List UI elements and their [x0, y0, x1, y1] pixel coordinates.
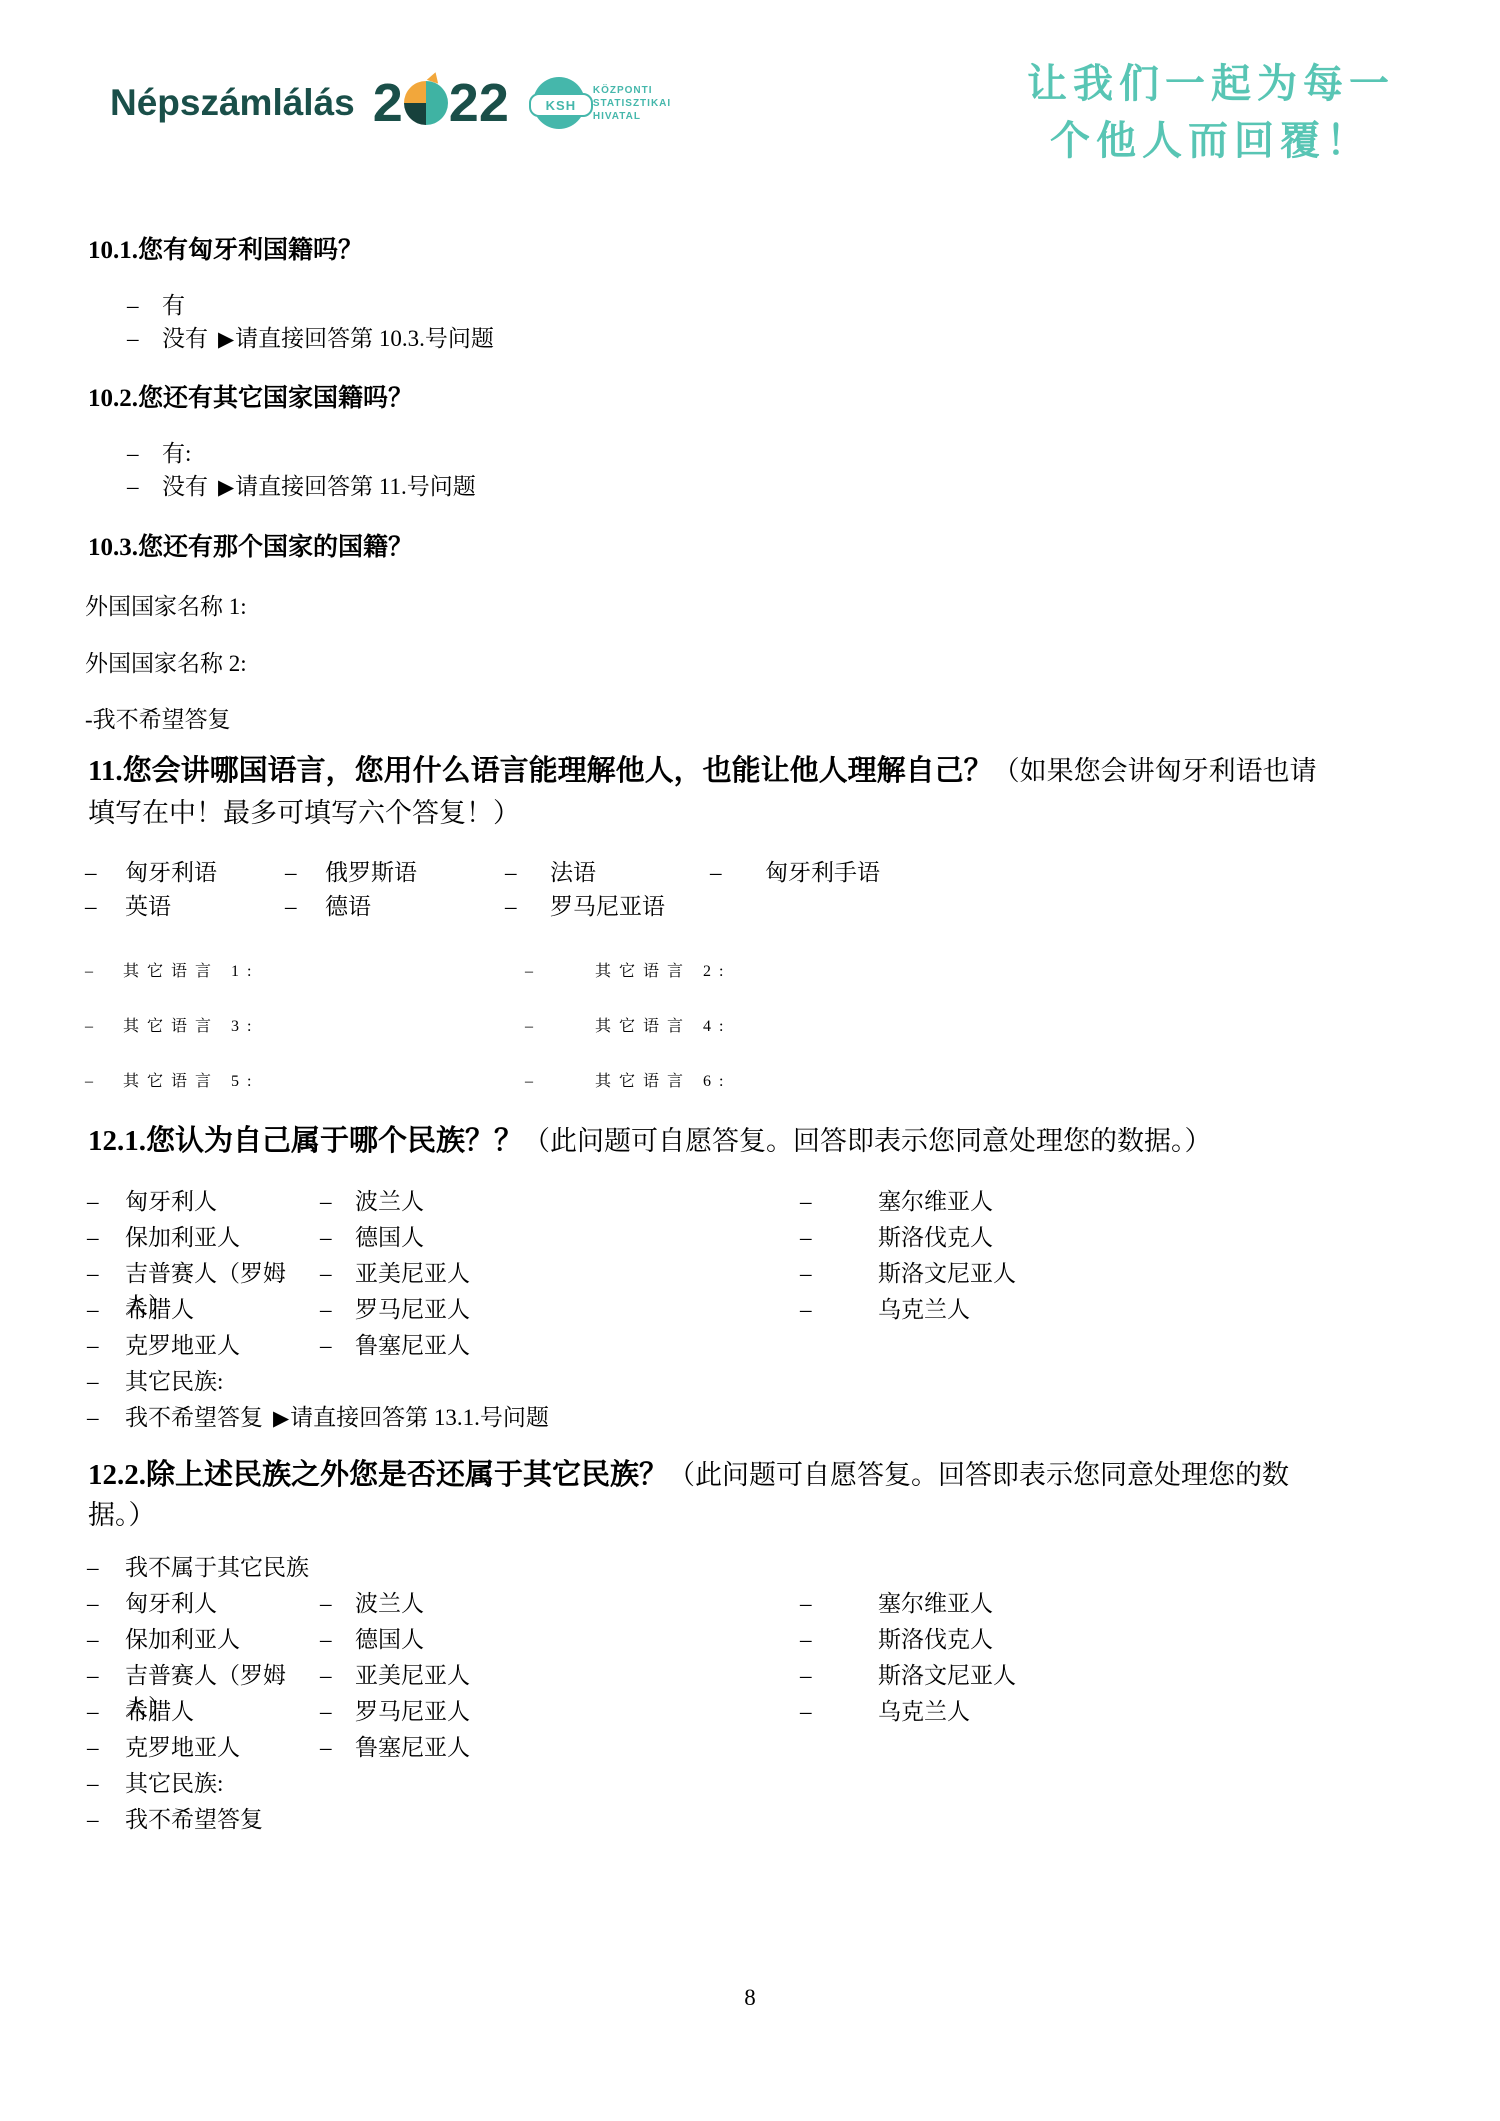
ethnicity-options-12-1: –匈牙利人 –波兰人 –塞尔维亚人 –保加利亚人 –德国人 –斯洛伐克人 –吉普…: [87, 1186, 1016, 1438]
option-dash: –: [87, 1768, 125, 1804]
ethnicity-option: 希腊人: [125, 1696, 320, 1732]
option-dash: –: [87, 1402, 125, 1438]
option-label: 没有: [162, 322, 208, 355]
option-dash: –: [525, 957, 595, 987]
question-text: 11.您会讲哪国语言，您用什么语言能理解他人，也能让他人理解自己？: [88, 755, 993, 787]
ethnicity-option: 德国人: [355, 1624, 800, 1660]
ethnicity-option: 斯洛伐克人: [878, 1624, 1016, 1660]
campaign-slogan: 让我们一起为每一 个他人而回覆！: [1027, 56, 1395, 170]
ethnicity-option: 德国人: [355, 1222, 800, 1258]
ksh-line-1: KÖZPONTI: [593, 84, 671, 97]
ethnicity-option: 塞尔维亚人: [878, 1588, 1016, 1624]
option-dash: –: [800, 1186, 878, 1222]
ethnicity-option: 匈牙利人: [125, 1588, 320, 1624]
ethnicity-row: – 我不希望答复 ▶ 请直接回答第 13.1.号问题: [87, 1402, 1016, 1438]
option-dash: –: [320, 1222, 355, 1258]
other-language-field: 其它语言 5:: [123, 1067, 525, 1097]
option-label: 没有: [162, 470, 208, 503]
ethnicity-row: – 我不属于其它民族: [87, 1552, 1016, 1588]
ethnicity-option: 克罗地亚人: [125, 1330, 320, 1366]
ethnicity-option: 斯洛伐克人: [878, 1222, 1016, 1258]
other-ethnicity-field: 其它民族:: [125, 1366, 1016, 1402]
language-options: – 匈牙利语 – 俄罗斯语 – 法语 – 匈牙利手语 – 英语 – 德语 – 罗…: [85, 856, 880, 924]
question-title-11: 11.您会讲哪国语言，您用什么语言能理解他人，也能让他人理解自己？（如果您会讲匈…: [88, 750, 1328, 834]
language-option: 德语: [325, 890, 505, 924]
question-note: （此问题可自愿答复。回答即表示您同意处理您的数据。）: [523, 1126, 1212, 1156]
census-year: 2 22: [373, 76, 509, 130]
option-dash: –: [320, 1186, 355, 1222]
option-dash: –: [85, 890, 125, 924]
ethnicity-option: 希腊人: [125, 1294, 320, 1330]
ethnicity-option: 鲁塞尼亚人: [355, 1330, 800, 1366]
ethnicity-option: 罗马尼亚人: [355, 1294, 800, 1330]
ksh-emblem-icon: KSH: [533, 77, 585, 129]
option-dash: –: [320, 1624, 355, 1660]
skip-arrow-icon: ▶: [218, 323, 234, 356]
option-dash: –: [505, 890, 550, 924]
skip-note: 请直接回答第 13.1.号问题: [290, 1402, 549, 1434]
option-dash: –: [285, 890, 325, 924]
question-text: 12.2.除上述民族之外您是否还属于其它民族？: [88, 1459, 668, 1491]
year-digit-2: 2: [373, 76, 403, 130]
slogan-line-1: 让我们一起为每一: [1027, 56, 1395, 113]
no-other-ethnicity-option: 我不属于其它民族: [125, 1552, 1016, 1588]
foreign-country-field-1: 外国国家名称 1:: [85, 588, 247, 621]
question-text: 12.1.您认为自己属于哪个民族？？: [88, 1125, 523, 1157]
option-dash: –: [525, 1012, 595, 1042]
ethnicity-row: – 其它民族:: [87, 1366, 1016, 1402]
question-title-10-3: 10.3.您还有那个国家的国籍？: [88, 527, 413, 563]
question-title-10-2: 10.2.您还有其它国家国籍吗？: [88, 378, 413, 414]
decline-answer-option: 我不希望答复: [125, 1402, 263, 1434]
option-label: 有: [162, 289, 185, 322]
option-dash: –: [87, 1330, 125, 1366]
pie-chart-zero-icon: [404, 81, 448, 125]
ethnicity-row: –吉普赛人（罗姆人） –亚美尼亚人 –斯洛文尼亚人: [87, 1660, 1016, 1696]
ethnicity-row: –克罗地亚人 –鲁塞尼亚人: [87, 1330, 1016, 1366]
option-dash: –: [505, 856, 550, 890]
language-option: 法语: [550, 856, 710, 890]
option-dash: –: [85, 1067, 123, 1097]
ethnicity-row: – 其它民族:: [87, 1768, 1016, 1804]
option-dash: –: [87, 1804, 125, 1840]
decline-answer-option: 我不希望答复: [125, 1804, 1016, 1840]
option-dash: –: [320, 1696, 355, 1732]
option-row: – 有: [127, 289, 494, 322]
other-language-field: 其它语言 3:: [123, 1012, 525, 1042]
slogan-line-2: 个他人而回覆！: [1027, 113, 1395, 170]
language-option: 罗马尼亚语: [550, 890, 710, 924]
year-digits-22: 22: [449, 76, 509, 130]
q10-2-options: – 有: – 没有 ▶ 请直接回答第 11.号问题: [127, 437, 476, 504]
census-brand-text: Népszámlálás: [110, 82, 355, 124]
ethnicity-row: –保加利亚人 –德国人 –斯洛伐克人: [87, 1222, 1016, 1258]
census-logo: Népszámlálás 2 22 KSH KÖZPONTI STATISZTI…: [110, 76, 671, 130]
language-row: – 英语 – 德语 – 罗马尼亚语: [85, 890, 880, 924]
other-language-field: 其它语言 6:: [595, 1067, 731, 1097]
option-label: 有:: [162, 437, 191, 470]
option-dash: –: [285, 856, 325, 890]
question-title-12-1: 12.1.您认为自己属于哪个民族？？（此问题可自愿答复。回答即表示您同意处理您的…: [88, 1120, 1328, 1162]
ethnicity-row: –吉普赛人（罗姆人） –亚美尼亚人 –斯洛文尼亚人: [87, 1258, 1016, 1294]
language-option: 俄罗斯语: [325, 856, 505, 890]
option-dash: –: [87, 1696, 125, 1732]
option-dash: –: [85, 957, 123, 987]
ethnicity-row: –希腊人 –罗马尼亚人 –乌克兰人: [87, 1696, 1016, 1732]
ethnicity-option: 匈牙利人: [125, 1186, 320, 1222]
option-dash: –: [320, 1330, 355, 1366]
option-dash: –: [800, 1294, 878, 1330]
other-ethnicity-field: 其它民族:: [125, 1768, 1016, 1804]
ethnicity-options-12-2: – 我不属于其它民族 –匈牙利人 –波兰人 –塞尔维亚人 –保加利亚人 –德国人…: [87, 1552, 1016, 1840]
option-dash: –: [87, 1588, 125, 1624]
ethnicity-row: –匈牙利人 –波兰人 –塞尔维亚人: [87, 1186, 1016, 1222]
ethnicity-row: –保加利亚人 –德国人 –斯洛伐克人: [87, 1624, 1016, 1660]
ethnicity-option: 乌克兰人: [878, 1696, 1016, 1732]
option-row: – 没有 ▶ 请直接回答第 10.3.号问题: [127, 322, 494, 356]
ksh-line-3: HIVATAL: [593, 110, 671, 123]
option-dash: –: [127, 470, 162, 503]
option-dash: –: [87, 1222, 125, 1258]
option-dash: –: [320, 1588, 355, 1624]
other-language-field: 其它语言 1:: [123, 957, 525, 987]
ethnicity-option: 波兰人: [355, 1186, 800, 1222]
option-dash: –: [87, 1552, 125, 1588]
option-dash: –: [525, 1067, 595, 1097]
skip-arrow-icon: ▶: [273, 1402, 289, 1434]
option-dash: –: [127, 322, 162, 355]
option-dash: –: [87, 1294, 125, 1330]
ksh-logo: KSH KÖZPONTI STATISZTIKAI HIVATAL: [533, 77, 671, 129]
ethnicity-option: 波兰人: [355, 1588, 800, 1624]
option-dash: –: [127, 437, 162, 470]
option-dash: –: [800, 1624, 878, 1660]
option-row: – 有:: [127, 437, 476, 470]
ethnicity-option: 鲁塞尼亚人: [355, 1732, 800, 1768]
option-dash: –: [85, 1012, 123, 1042]
page-number: 8: [0, 1985, 1500, 2011]
option-dash: –: [87, 1366, 125, 1402]
other-language-field: 其它语言 4:: [595, 1012, 731, 1042]
other-language-row: – 其它语言 5: – 其它语言 6:: [85, 1067, 731, 1097]
option-dash: –: [800, 1222, 878, 1258]
option-dash: –: [87, 1186, 125, 1222]
option-dash: –: [320, 1294, 355, 1330]
option-dash: –: [87, 1732, 125, 1768]
ethnicity-option: 乌克兰人: [878, 1294, 1016, 1330]
ethnicity-option: 罗马尼亚人: [355, 1696, 800, 1732]
ethnicity-row: –希腊人 –罗马尼亚人 –乌克兰人: [87, 1294, 1016, 1330]
option-dash: –: [710, 856, 765, 890]
option-dash: –: [800, 1696, 878, 1732]
ksh-wordmark: KÖZPONTI STATISZTIKAI HIVATAL: [593, 84, 671, 123]
decline-answer-option: -我不希望答复: [85, 701, 231, 734]
option-dash: –: [320, 1732, 355, 1768]
other-language-row: – 其它语言 1: – 其它语言 2:: [85, 957, 731, 987]
option-row: – 没有 ▶ 请直接回答第 11.号问题: [127, 470, 476, 504]
language-option: 匈牙利手语: [765, 856, 880, 890]
option-dash: –: [87, 1624, 125, 1660]
question-title-12-2: 12.2.除上述民族之外您是否还属于其它民族？（此问题可自愿答复。回答即表示您同…: [88, 1455, 1328, 1535]
ethnicity-option: 保加利亚人: [125, 1222, 320, 1258]
ethnicity-row: –克罗地亚人 –鲁塞尼亚人: [87, 1732, 1016, 1768]
skip-arrow-icon: ▶: [218, 471, 234, 504]
ksh-line-2: STATISZTIKAI: [593, 97, 671, 110]
language-option: 匈牙利语: [125, 856, 285, 890]
other-language-row: – 其它语言 3: – 其它语言 4:: [85, 1012, 731, 1042]
ksh-acronym: KSH: [546, 98, 576, 113]
foreign-country-field-2: 外国国家名称 2:: [85, 645, 247, 678]
question-title-10-1: 10.1.您有匈牙利国籍吗？: [88, 230, 363, 266]
ethnicity-row: –匈牙利人 –波兰人 –塞尔维亚人: [87, 1588, 1016, 1624]
skip-note: 请直接回答第 10.3.号问题: [235, 322, 494, 355]
q10-1-options: – 有 – 没有 ▶ 请直接回答第 10.3.号问题: [127, 289, 494, 356]
ethnicity-option: 塞尔维亚人: [878, 1186, 1016, 1222]
questionnaire-page: Népszámlálás 2 22 KSH KÖZPONTI STATISZTI…: [0, 0, 1500, 2121]
language-row: – 匈牙利语 – 俄罗斯语 – 法语 – 匈牙利手语: [85, 856, 880, 890]
ethnicity-option: 克罗地亚人: [125, 1732, 320, 1768]
language-option: 英语: [125, 890, 285, 924]
other-language-field: 其它语言 2:: [595, 957, 731, 987]
option-dash: –: [800, 1588, 878, 1624]
ethnicity-option: 保加利亚人: [125, 1624, 320, 1660]
option-dash: –: [85, 856, 125, 890]
option-dash: –: [127, 289, 162, 322]
skip-note: 请直接回答第 11.号问题: [235, 470, 476, 503]
ethnicity-row: – 我不希望答复: [87, 1804, 1016, 1840]
